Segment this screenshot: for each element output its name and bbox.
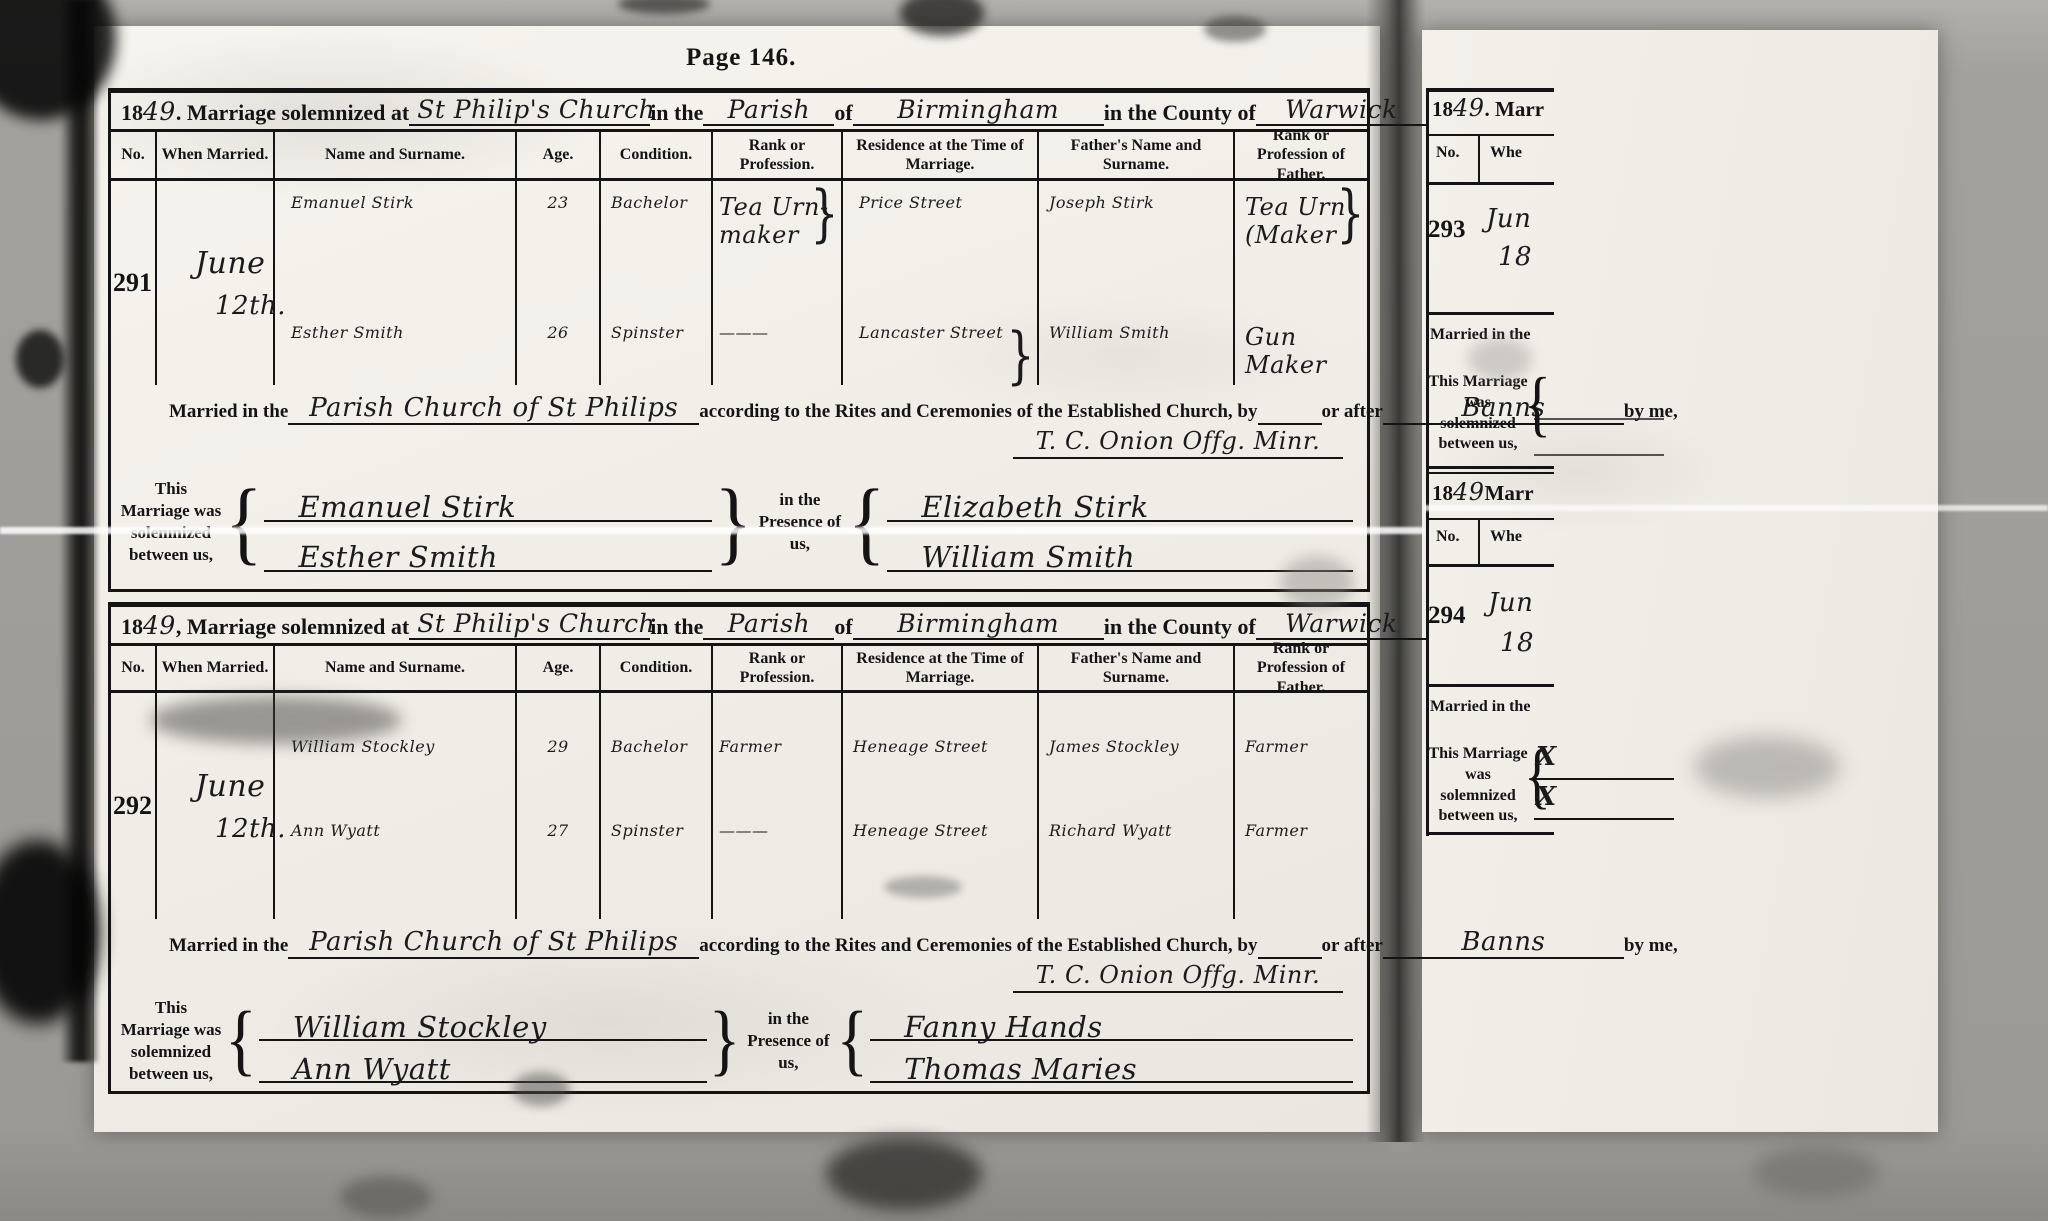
caption-parish-word: Parish — [703, 609, 834, 640]
brace-mark: } — [714, 485, 751, 560]
col-father-name: Father's Name and Surname. — [1039, 646, 1235, 690]
bride-residence: Lancaster Street} — [843, 285, 1039, 385]
groom-age: 29 — [517, 693, 601, 801]
groom-profession: Tea Urn- maker} — [713, 181, 843, 285]
groom-father-profession: Farmer — [1235, 693, 1367, 801]
caption-county-name: Warwick — [1256, 95, 1427, 126]
bride-age: 26 — [517, 285, 601, 385]
edge-mark — [618, 0, 710, 14]
np-when-month: Jun — [1488, 588, 1533, 618]
married-text-2: according to the Rites and Ceremonies of… — [699, 935, 1257, 959]
married-text-2: according to the Rites and Ceremonies of… — [699, 401, 1257, 425]
married-place: Parish Church of St Philips — [288, 927, 699, 959]
col-residence: Residence at the Time of Marriage. — [843, 132, 1039, 178]
bride-profession: ——— — [713, 801, 843, 919]
stain — [884, 876, 962, 898]
record-292-attestation: This Marriage was solemnized between us,… — [111, 993, 1367, 1093]
entry-number: 292 — [111, 693, 157, 919]
groom-signature-line: Emanuel Stirk — [264, 472, 712, 522]
caption-text-4: in the County of — [1104, 614, 1256, 640]
caption-text-1: . Marriage solemnized at — [176, 100, 409, 126]
caption-church-name: St Philip's Church — [409, 609, 650, 640]
np-entry-number: 293 — [1428, 216, 1466, 244]
col-residence: Residence at the Time of Marriage. — [843, 646, 1039, 690]
stain — [1694, 736, 1840, 798]
caption-text-3: of — [834, 100, 852, 126]
groom-residence: Heneage Street — [843, 693, 1039, 801]
caption-text-2: in the — [650, 614, 703, 640]
bride-name: Esther Smith — [275, 285, 517, 385]
ink-blot — [16, 330, 64, 388]
when-month: June — [157, 769, 273, 804]
witness-1-line: Fanny Hands — [870, 999, 1353, 1041]
caption-text-4: in the County of — [1104, 100, 1256, 126]
pencil-smear — [150, 696, 402, 744]
col-father-name: Father's Name and Surname. — [1039, 132, 1235, 178]
spouse-signatures: Emanuel Stirk Esther Smith — [264, 472, 712, 572]
brace-mark: } — [811, 184, 840, 246]
bride-condition: Spinster — [601, 801, 713, 919]
np-col-no: No. — [1436, 144, 1460, 162]
np-when-month: Jun — [1486, 204, 1531, 234]
col-no: No. — [111, 132, 157, 178]
edge-blotch — [826, 1138, 982, 1210]
caption-year-hand: 49 — [143, 611, 176, 640]
bride-age: 27 — [517, 801, 601, 919]
witness-cross-mark: X — [1536, 782, 1557, 812]
when-day: 12th. — [157, 291, 273, 321]
groom-profession: Farmer — [713, 693, 843, 801]
np-when-day: 18 — [1498, 242, 1532, 272]
edge-blotch — [1754, 1146, 1878, 1198]
blank-line — [1258, 403, 1322, 425]
col-when-married: When Married. — [157, 646, 275, 690]
brace-mark: { — [1524, 368, 1551, 441]
caption-year-printed: 18 — [121, 100, 143, 126]
bride-residence: Heneage Street — [843, 801, 1039, 919]
caption-parish-name: Birmingham — [853, 609, 1104, 640]
witness-signatures: Fanny Hands Thomas Maries — [870, 999, 1353, 1083]
married-text-3: or after — [1322, 935, 1383, 959]
spouse-signatures: William Stockley Ann Wyatt — [259, 999, 707, 1083]
np-entry-number: 294 — [1428, 602, 1466, 630]
presence-label: in the Presence of us, — [754, 489, 846, 555]
married-text-3: or after — [1322, 401, 1383, 425]
col-condition: Condition. — [601, 646, 713, 690]
col-condition: Condition. — [601, 132, 713, 178]
np-married-in: Married in the — [1430, 698, 1530, 716]
col-rank-profession: Rank or Profession. — [713, 132, 843, 178]
when-month: June — [157, 246, 273, 281]
col-age: Age. — [517, 646, 601, 690]
record-292-column-headers: No. When Married. Name and Surname. Age.… — [111, 646, 1367, 693]
stain — [512, 1072, 570, 1106]
record-291-column-headers: No. When Married. Name and Surname. Age.… — [111, 132, 1367, 181]
record-291-married-in: Married in the Parish Church of St Phili… — [111, 385, 1367, 459]
witness-cross-mark: X — [1536, 742, 1557, 772]
groom-signature-line: William Stockley — [259, 999, 707, 1041]
caption-text-3: of — [834, 614, 852, 640]
np-attest-label: This Marriage was solemnized between us, — [1428, 372, 1528, 455]
record-291-entries: 291 June 12th. Emanuel Stirk 23 Bachelor… — [111, 181, 1367, 385]
col-father-profession: Rank or Profession of Father. — [1235, 132, 1367, 178]
attest-left-label: This Marriage was solemnized between us, — [119, 478, 223, 566]
blank-line — [1258, 937, 1322, 959]
next-page-fragment: 1849. Marr No. Whe 293 Jun 18 Married in… — [1422, 30, 1938, 1132]
bride-father-profession: Gun Maker — [1235, 285, 1367, 385]
col-no: No. — [111, 646, 157, 690]
brace-mark: { — [225, 485, 262, 560]
record-291-caption: 1849 . Marriage solemnized at St Philip'… — [111, 93, 1367, 132]
brace-mark: } — [1007, 326, 1036, 388]
record-292-married-in: Married in the Parish Church of St Phili… — [111, 919, 1367, 993]
entry-when-married: June 12th. — [157, 181, 275, 385]
groom-father-profession: Tea Urn (Maker} — [1235, 181, 1367, 285]
caption-church-name: St Philip's Church — [409, 95, 650, 126]
record-291-attestation: This Marriage was solemnized between us,… — [111, 459, 1367, 589]
np-col-no: No. — [1436, 528, 1460, 546]
brace-mark: { — [848, 485, 885, 560]
groom-father-name: Joseph Stirk — [1039, 181, 1235, 285]
caption-year-printed: 18 — [121, 614, 143, 640]
married-text-1: Married in the — [169, 935, 288, 959]
bride-profession: ——— — [713, 285, 843, 385]
groom-father-name: James Stockley — [1039, 693, 1235, 801]
caption-county-name: Warwick — [1256, 609, 1427, 640]
bride-signature-line: Ann Wyatt — [259, 1041, 707, 1083]
groom-condition: Bachelor — [601, 181, 713, 285]
col-age: Age. — [517, 132, 601, 178]
page-number-label: Page 146. — [686, 44, 796, 72]
brace-mark: } — [1337, 184, 1366, 246]
entry-number: 291 — [111, 181, 157, 385]
np-294-caption: 1849 Marr — [1432, 478, 1534, 506]
caption-text-2: in the — [650, 100, 703, 126]
married-place: Parish Church of St Philips — [288, 393, 699, 425]
edge-mark — [1204, 16, 1266, 42]
caption-parish-name: Birmingham — [853, 95, 1104, 126]
brace-mark: } — [709, 1010, 741, 1073]
col-father-profession: Rank or Profession of Father. — [1235, 646, 1367, 690]
caption-year-hand: 49 — [143, 97, 176, 126]
bride-father-name: William Smith — [1039, 285, 1235, 385]
edge-blotch — [340, 1176, 432, 1218]
stain — [1468, 338, 1532, 380]
np-293-caption: 1849. Marr — [1432, 94, 1544, 122]
bride-name: Ann Wyatt — [275, 801, 517, 919]
witness-2-line: Thomas Maries — [870, 1041, 1353, 1083]
col-rank-profession: Rank or Profession. — [713, 646, 843, 690]
witness-1-line: Elizabeth Stirk — [887, 472, 1353, 522]
attest-left-label: This Marriage was solemnized between us, — [119, 997, 223, 1085]
groom-age: 23 — [517, 181, 601, 285]
married-text-1: Married in the — [169, 401, 288, 425]
groom-residence: Price Street — [843, 181, 1039, 285]
col-name-surname: Name and Surname. — [275, 132, 517, 178]
col-name-surname: Name and Surname. — [275, 646, 517, 690]
presence-label: in the Presence of us, — [742, 1008, 834, 1074]
scan-streak — [1424, 505, 2048, 511]
marriage-record-291: 1849 . Marriage solemnized at St Philip'… — [108, 88, 1370, 592]
record-292-caption: 1849 , Marriage solemnized at St Philip'… — [111, 607, 1367, 646]
scan-streak — [0, 527, 1424, 534]
officiant-signature: T. C. Onion Offg. Minr. — [1013, 427, 1343, 459]
caption-parish-word: Parish — [703, 95, 834, 126]
next-page-left-border — [1426, 88, 1429, 836]
np-when-day: 18 — [1500, 628, 1534, 658]
groom-name: Emanuel Stirk — [275, 181, 517, 285]
brace-mark: { — [836, 1010, 868, 1073]
stain — [1280, 556, 1354, 608]
groom-condition: Bachelor — [601, 693, 713, 801]
book-gutter-shadow — [1366, 0, 1426, 1142]
np-attest-label: This Marriage was solemnized between us, — [1428, 744, 1528, 827]
np-col-when: Whe — [1490, 528, 1522, 546]
col-when-married: When Married. — [157, 132, 275, 178]
witness-signatures: Elizabeth Stirk William Smith — [887, 472, 1353, 572]
when-day: 12th. — [157, 814, 273, 844]
caption-text-1: , Marriage solemnized at — [176, 614, 409, 640]
brace-mark: { — [225, 1010, 257, 1073]
bride-father-profession: Farmer — [1235, 801, 1367, 919]
officiant-signature: T. C. Onion Offg. Minr. — [1013, 961, 1343, 993]
marriage-record-292: 1849 , Marriage solemnized at St Philip'… — [108, 602, 1370, 1094]
bride-condition: Spinster — [601, 285, 713, 385]
np-col-when: Whe — [1490, 144, 1522, 162]
bride-father-name: Richard Wyatt — [1039, 801, 1235, 919]
